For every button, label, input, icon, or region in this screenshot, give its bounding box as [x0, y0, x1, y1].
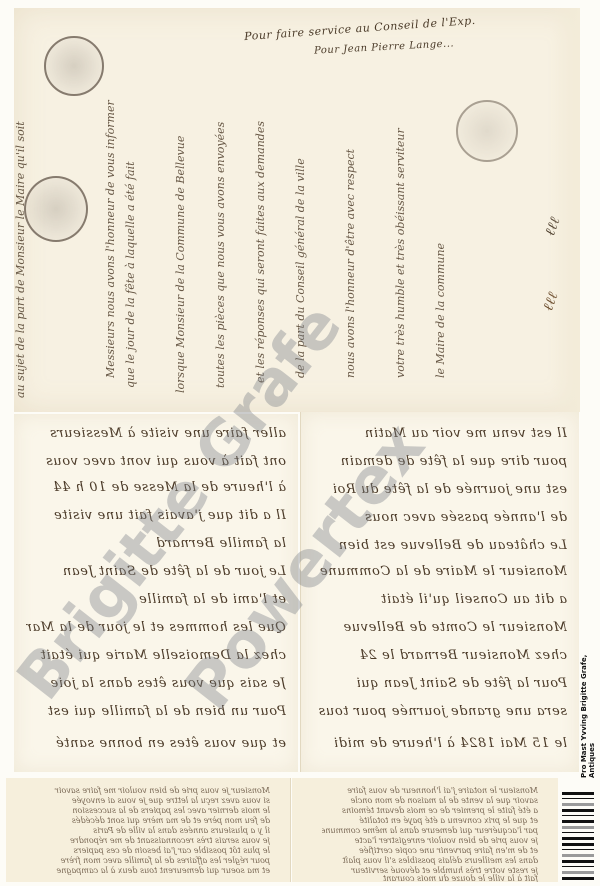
- text-line: et de m'en faire parvenir une copie cert…: [322, 846, 538, 856]
- page-edge: [550, 8, 580, 412]
- letter-column: votre très humble et très obéissant serv…: [394, 88, 408, 378]
- letter-line: a dit au Conseil qu'il était: [313, 592, 567, 608]
- text-line: pour régler les affaires de la famille a…: [36, 856, 270, 866]
- letter-header-line-2: Pour Jean Pierre Lange...: [314, 38, 455, 56]
- letter-column: lorsque Monsieur de la Commune de Bellev…: [174, 103, 188, 393]
- letter-line: sera une grande journée pour tous: [313, 704, 567, 720]
- postal-stamp-right: [456, 100, 518, 162]
- letter-line: chez Monsieur Bernard le 24: [313, 648, 567, 664]
- bottom-right-text-block: Monsieur le notaire j'ai l'honneur de vo…: [292, 778, 558, 882]
- barcode: [562, 790, 594, 882]
- text-line: je vous prie de bien vouloir enregistrer…: [322, 836, 538, 846]
- letter-line: et que vous êtes en bonne santé: [26, 736, 286, 752]
- text-line: le mois dernier avec les papiers de la s…: [36, 806, 270, 816]
- text-line: et ma soeur qui demeurent tous deux à la…: [36, 866, 270, 876]
- text-line: il y a plusieurs années dans la ville de…: [36, 826, 270, 836]
- letter-line: Monsieur le Comte de Bellevue: [313, 620, 567, 636]
- text-line: savoir que la vente de la maison de mon …: [322, 796, 538, 806]
- letter-column: toutes les pièces que nous vous avons en…: [214, 98, 228, 388]
- text-line: fait à la ville le douze du mois courant: [322, 874, 538, 882]
- text-line: si vous avez reçu la lettre que je vous …: [36, 796, 270, 806]
- letter-line: le 15 Mai 1824 à l'heure de midi: [313, 736, 567, 752]
- letter-column: Messieurs nous avons l'honneur de vous i…: [104, 88, 118, 378]
- bottom-left-text-block: Monsieur je vous prie de bien vouloir me…: [6, 778, 291, 882]
- text-line: Monsieur le notaire j'ai l'honneur de vo…: [322, 786, 538, 796]
- side-product-label: Pro Mast Yvving Brigitte Grafe, Antiques: [580, 618, 592, 778]
- postal-stamp-top: [44, 36, 104, 96]
- letter-line: Il est venu me voir au Matin: [313, 426, 567, 442]
- decoupage-paper-sheet: Pour faire service au Conseil de l'Exp. …: [0, 0, 600, 886]
- postal-stamp-middle: [24, 176, 88, 242]
- letter-column: le Maire de la commune: [434, 88, 448, 378]
- text-line: Monsieur je vous prie de bien vouloir me…: [36, 786, 270, 796]
- letter-column: au sujet de la part de Monsieur le Maire…: [14, 98, 28, 398]
- text-line: par l'acquéreur qui demeure dans la même…: [322, 826, 538, 836]
- letter-column: que le jour de la fête à laquelle a été …: [124, 98, 138, 388]
- text-line: je vous serais très reconnaissant de me …: [36, 836, 270, 846]
- letter-line: Pour la fête de Saint Jean qui: [313, 676, 567, 692]
- text-line: le plus tôt possible car j'ai besoin de …: [36, 846, 270, 856]
- text-line: dans les meilleurs délais possibles s'il…: [322, 856, 538, 866]
- text-line: a été faite le premier de ce mois devant…: [322, 806, 538, 816]
- text-line: de feu mon père et de ma mère qui sont d…: [36, 816, 270, 826]
- text-line: et que le prix convenu a été payé en tot…: [322, 816, 538, 826]
